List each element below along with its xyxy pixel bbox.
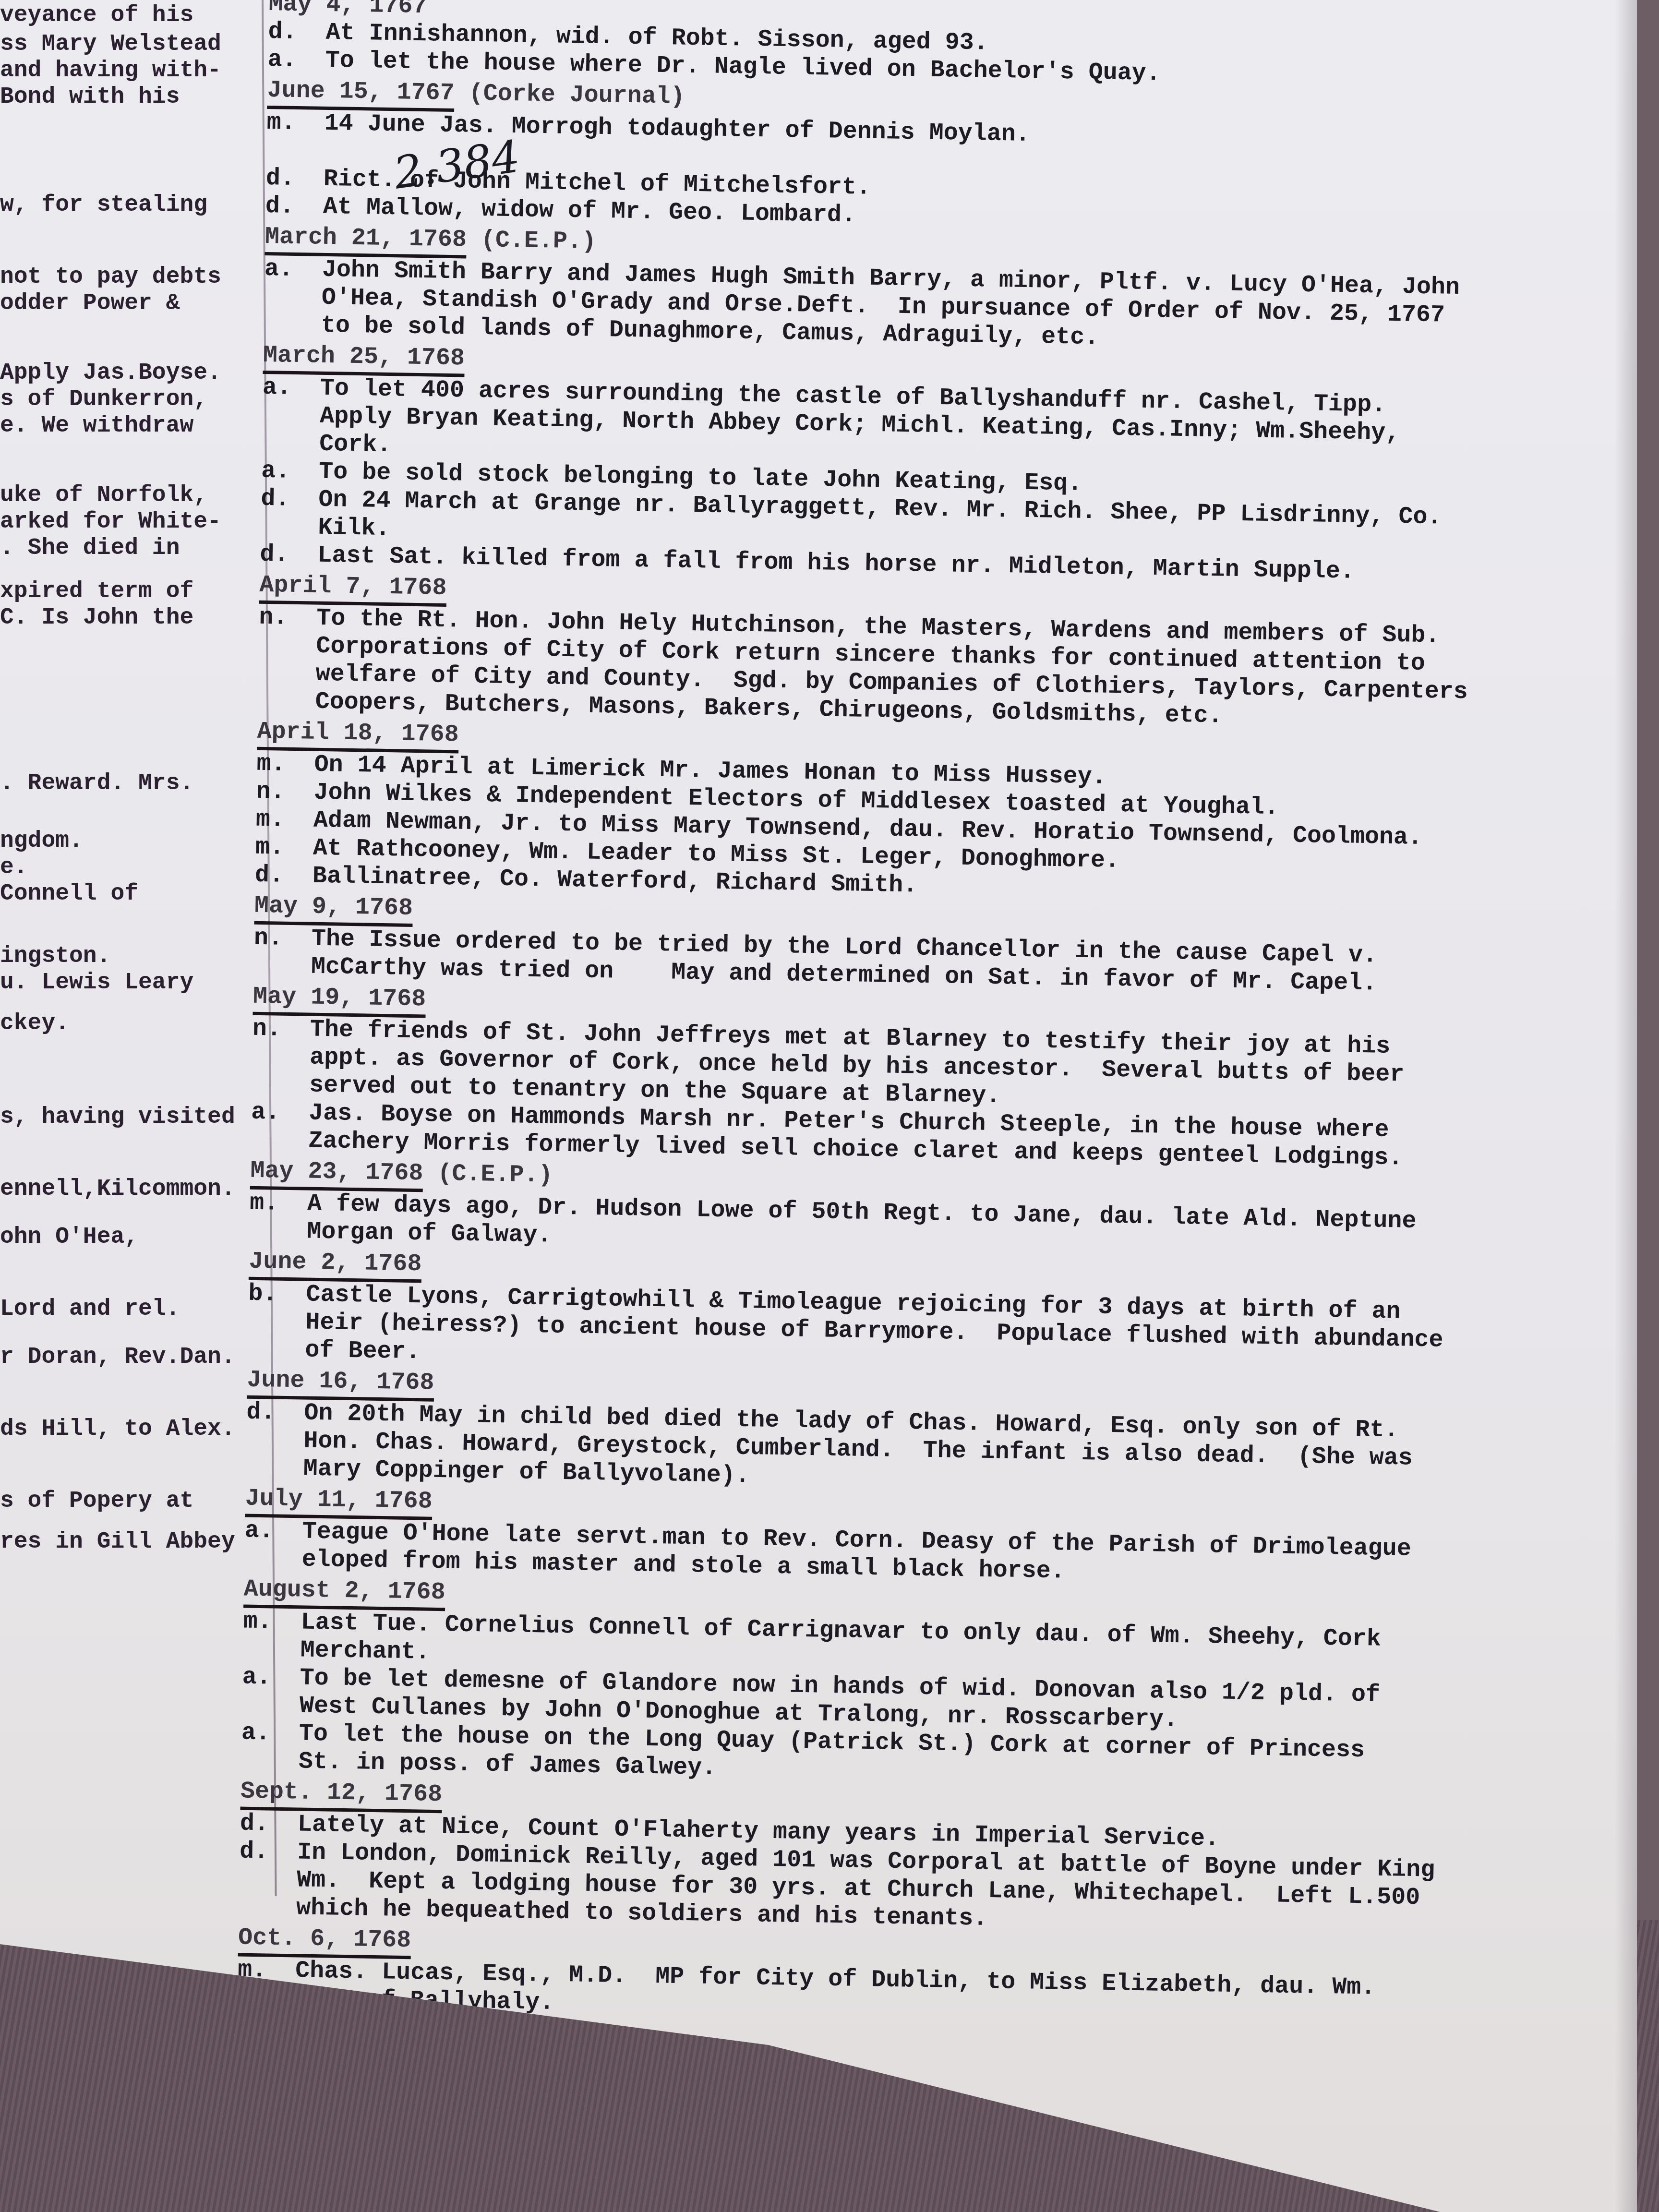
entries: June 15, 1767 (Corke Journal)m.14 June J… (237, 74, 1640, 2068)
left-column-line: Bond with his (0, 82, 180, 112)
entry-type-code (252, 1071, 310, 1100)
dated-entry: Sept. 12, 1768d.Lately at Nice, Count O'… (239, 1775, 1613, 1943)
entry-type-code (237, 1984, 295, 2013)
entry-text: of Beer. (305, 1337, 421, 1367)
entry-date: June 15, 1767 (267, 77, 455, 112)
entry-date: March 25, 1768 (263, 342, 465, 377)
entry-type-code: d. (246, 1399, 304, 1428)
entry-type-code: n. (259, 604, 317, 633)
entry-type-code (257, 687, 315, 716)
entry-type-code (251, 1127, 309, 1155)
entry-type-code: n. (254, 925, 312, 953)
left-column-line: e. We withdraw (0, 410, 193, 441)
entry-type-code (262, 402, 320, 431)
dated-entry: June 2, 1768b.Castle Lyons, Carrigtowhil… (247, 1245, 1622, 1385)
left-column-line: ennell,Kilcommon. (0, 1174, 235, 1204)
entry-type-code: a. (251, 1099, 309, 1128)
entry-type-code: m. (266, 109, 325, 138)
entry-type-code (245, 1455, 303, 1483)
dated-entry: April 18, 1768m.On 14 April at Limerick … (255, 715, 1630, 911)
entry-type-code: m. (255, 834, 313, 863)
entry-type-code (253, 952, 312, 981)
entry-type-code: b. (248, 1280, 306, 1309)
entry-type-code: d. (240, 1838, 298, 1867)
dated-entry: August 2, 1768m.Last Tue. Cornelius Conn… (241, 1573, 1617, 1797)
entry-type-code: m. (255, 806, 313, 835)
entry-type-code: n. (256, 778, 314, 807)
entry-type-code: a. (261, 457, 319, 486)
entry-type-code: d. (265, 165, 324, 193)
entry-type-code: a. (242, 1664, 300, 1693)
entry-type-code: a. (241, 1719, 300, 1748)
entry-date: July 11, 1768 (245, 1485, 433, 1520)
entry-date: August 2, 1768 (243, 1576, 445, 1611)
entry-date: April 18, 1768 (257, 718, 459, 754)
left-column-line: veyance of his (0, 0, 193, 31)
entry-date: April 7, 1768 (259, 572, 447, 607)
left-column-line: w, for stealing (0, 190, 207, 220)
dated-entry: May 19, 1768n.The friends of St. John Je… (251, 980, 1626, 1176)
entry-source: (C.E.P.) (467, 227, 597, 256)
entry-type-code (239, 1866, 297, 1895)
entry-text: Haly of Ballyhaly. (295, 1985, 554, 2017)
left-column-line: s, having visited (0, 1102, 235, 1132)
dated-entry: March 21, 1768 (C.E.P.)a.John Smith Barr… (264, 220, 1638, 361)
entry-text: Merchant. (300, 1636, 430, 1666)
entry-source: (Corke Journal) (454, 80, 685, 111)
entry-date: Nov. 3, 1768 (237, 2015, 410, 2050)
entry-type-code: d. (240, 1810, 298, 1839)
entry-type-code (242, 1636, 301, 1665)
entry-type-code: d. (255, 862, 313, 890)
entry-source: (C.E.P.) (423, 1160, 553, 1189)
entry-type-code (241, 1692, 300, 1720)
entry-text: Morgan of Galway. (307, 1218, 552, 1250)
left-column-line: Connell of (0, 878, 138, 909)
left-column-line: C. Is John the (0, 602, 193, 633)
left-column-line: res in Gill Abbey (0, 1527, 235, 1557)
entry-date: May 23, 1768 (250, 1157, 423, 1192)
entry-date: March 21, 1768 (264, 223, 467, 259)
entry-type-code (252, 1043, 310, 1072)
left-column-line: ckey. (0, 1008, 69, 1039)
entry-text (324, 138, 338, 166)
entry-type-code: m. (256, 750, 314, 779)
entry-type-code: d. (261, 485, 319, 514)
entry-text: Kilk. (318, 514, 390, 543)
left-column-cropped: veyance of hisss Mary Welsteadand having… (0, 0, 240, 1824)
entry-type-code: d. (268, 18, 326, 47)
entry-type-code: a. (267, 46, 325, 75)
entry-type-code (241, 1747, 299, 1776)
left-column-line: s of Popery at (0, 1486, 193, 1516)
entry-type-code: a. (264, 255, 322, 284)
entry-type-code (239, 1894, 297, 1923)
document-page: veyance of hisss Mary Welsteadand having… (0, 0, 1637, 2212)
entry-type-code (258, 632, 316, 661)
left-column-line: . Reward. Mrs. (0, 768, 193, 799)
entry-type-code: a. (263, 374, 321, 403)
dated-entry: June 16, 1768d.On 20th May in child bed … (245, 1364, 1620, 1504)
entry-type-code (249, 1217, 307, 1246)
left-column-line: ohn O'Hea, (0, 1222, 138, 1252)
entry-text: Cork. (319, 431, 392, 459)
entry-type-code: m. (243, 1608, 301, 1637)
entry-date: June 16, 1768 (247, 1367, 434, 1402)
left-column-line: u. Lewis Leary (0, 967, 193, 998)
entry-type-code (262, 430, 320, 458)
left-column-line: ds Hill, to Alex. (0, 1414, 235, 1444)
entry-date: Oct. 6, 1768 (238, 1924, 411, 1960)
entry-date: May 9, 1768 (254, 892, 413, 927)
left-column-line: odder Power & (0, 288, 180, 319)
entry-type-code (258, 660, 316, 688)
entry-type-code (247, 1336, 305, 1365)
entry-type-code (264, 283, 322, 312)
entry-type-code: n. (252, 1015, 311, 1044)
entry-type-code (260, 513, 318, 542)
entry-type-code: d. (265, 192, 323, 221)
left-column-line: . She died in (0, 533, 180, 564)
entry-date: June 2, 1768 (249, 1248, 422, 1283)
entry-date: May 19, 1768 (252, 983, 426, 1018)
main-column: May 4, 1767 d.At Innishannon, wid. of Ro… (237, 0, 1642, 2068)
entry-type-code (264, 311, 322, 340)
dated-entry: April 7, 1768n.To the Rt. Hon. John Hely… (257, 569, 1632, 737)
entry-type-code: a. (244, 1517, 302, 1546)
entry-type-code (246, 1427, 304, 1455)
entry-date: Sept. 12, 1768 (240, 1778, 442, 1814)
entry-type-code: d. (260, 541, 318, 570)
entry-type-code: m. (238, 1956, 296, 1985)
entry-type-code (248, 1308, 306, 1337)
left-column-line: r Doran, Rev.Dan. (0, 1342, 235, 1372)
dated-entry: March 25, 1768a.To let 400 acres surroun… (260, 339, 1636, 590)
left-column-line: Lord and rel. (0, 1294, 180, 1324)
entry-type-code (244, 1545, 302, 1574)
entry-type-code (266, 137, 324, 166)
entry-type-code: m. (250, 1190, 308, 1218)
